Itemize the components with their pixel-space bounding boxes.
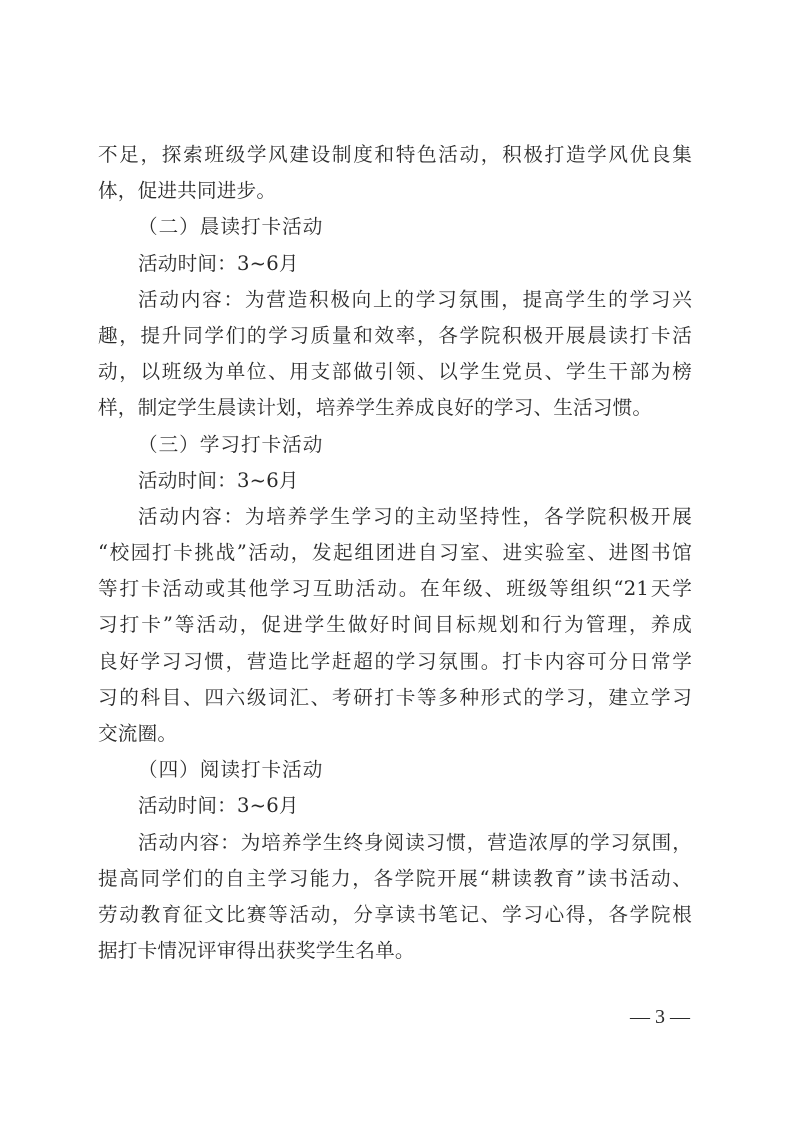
paragraph-line: “校园打卡挑战”活动，发起组团进自习室、进实验室、进图书馆 [98, 535, 692, 571]
paragraph-line: 趣，提升同学们的学习质量和效率，各学院积极开展晨读打卡活 [98, 318, 692, 354]
paragraph-line: 据打卡情况评审得出获奖学生名单。 [98, 933, 692, 969]
paragraph-line: 习打卡”等活动，促进学生做好时间目标规划和行为管理，养成 [98, 607, 692, 643]
paragraph-line: 不足，探索班级学风建设制度和特色活动，积极打造学风优良集 [98, 137, 692, 173]
paragraph-line: 动，以班级为单位、用支部做引领、以学生党员、学生干部为榜 [98, 354, 692, 390]
paragraph-line: 等打卡活动或其他学习互助活动。在年级、班级等组织“21天学 [98, 571, 692, 607]
activity-time: 活动时间：3~6月 [98, 463, 692, 499]
activity-content-line: 活动内容：为培养学生学习的主动坚持性，各学院积极开展 [98, 499, 692, 535]
section-heading-morning-reading: （二）晨读打卡活动 [98, 209, 692, 245]
paragraph-line: 劳动教育征文比赛等活动，分享读书笔记、学习心得，各学院根 [98, 897, 692, 933]
activity-content-line: 活动内容：为营造积极向上的学习氛围，提高学生的学习兴 [98, 282, 692, 318]
section-heading-study-checkin: （三）学习打卡活动 [98, 427, 692, 463]
paragraph-line: 交流圈。 [98, 716, 692, 752]
activity-time: 活动时间：3~6月 [98, 788, 692, 824]
page-number: — 3 — [630, 1006, 690, 1029]
section-heading-reading-checkin: （四）阅读打卡活动 [98, 752, 692, 788]
paragraph-line: 习的科目、四六级词汇、考研打卡等多种形式的学习，建立学习 [98, 680, 692, 716]
paragraph-line: 样，制定学生晨读计划，培养学生养成良好的学习、生活习惯。 [98, 390, 692, 426]
activity-content-line: 活动内容：为培养学生终身阅读习惯，营造浓厚的学习氛围， [98, 825, 692, 861]
document-page: 不足，探索班级学风建设制度和特色活动，积极打造学风优良集 体，促进共同进步。 （… [98, 137, 692, 969]
activity-time: 活动时间：3~6月 [98, 246, 692, 282]
paragraph-line: 良好学习习惯，营造比学赶超的学习氛围。打卡内容可分日常学 [98, 644, 692, 680]
paragraph-line: 提高同学们的自主学习能力，各学院开展“耕读教育”读书活动、 [98, 861, 692, 897]
paragraph-line: 体，促进共同进步。 [98, 173, 692, 209]
